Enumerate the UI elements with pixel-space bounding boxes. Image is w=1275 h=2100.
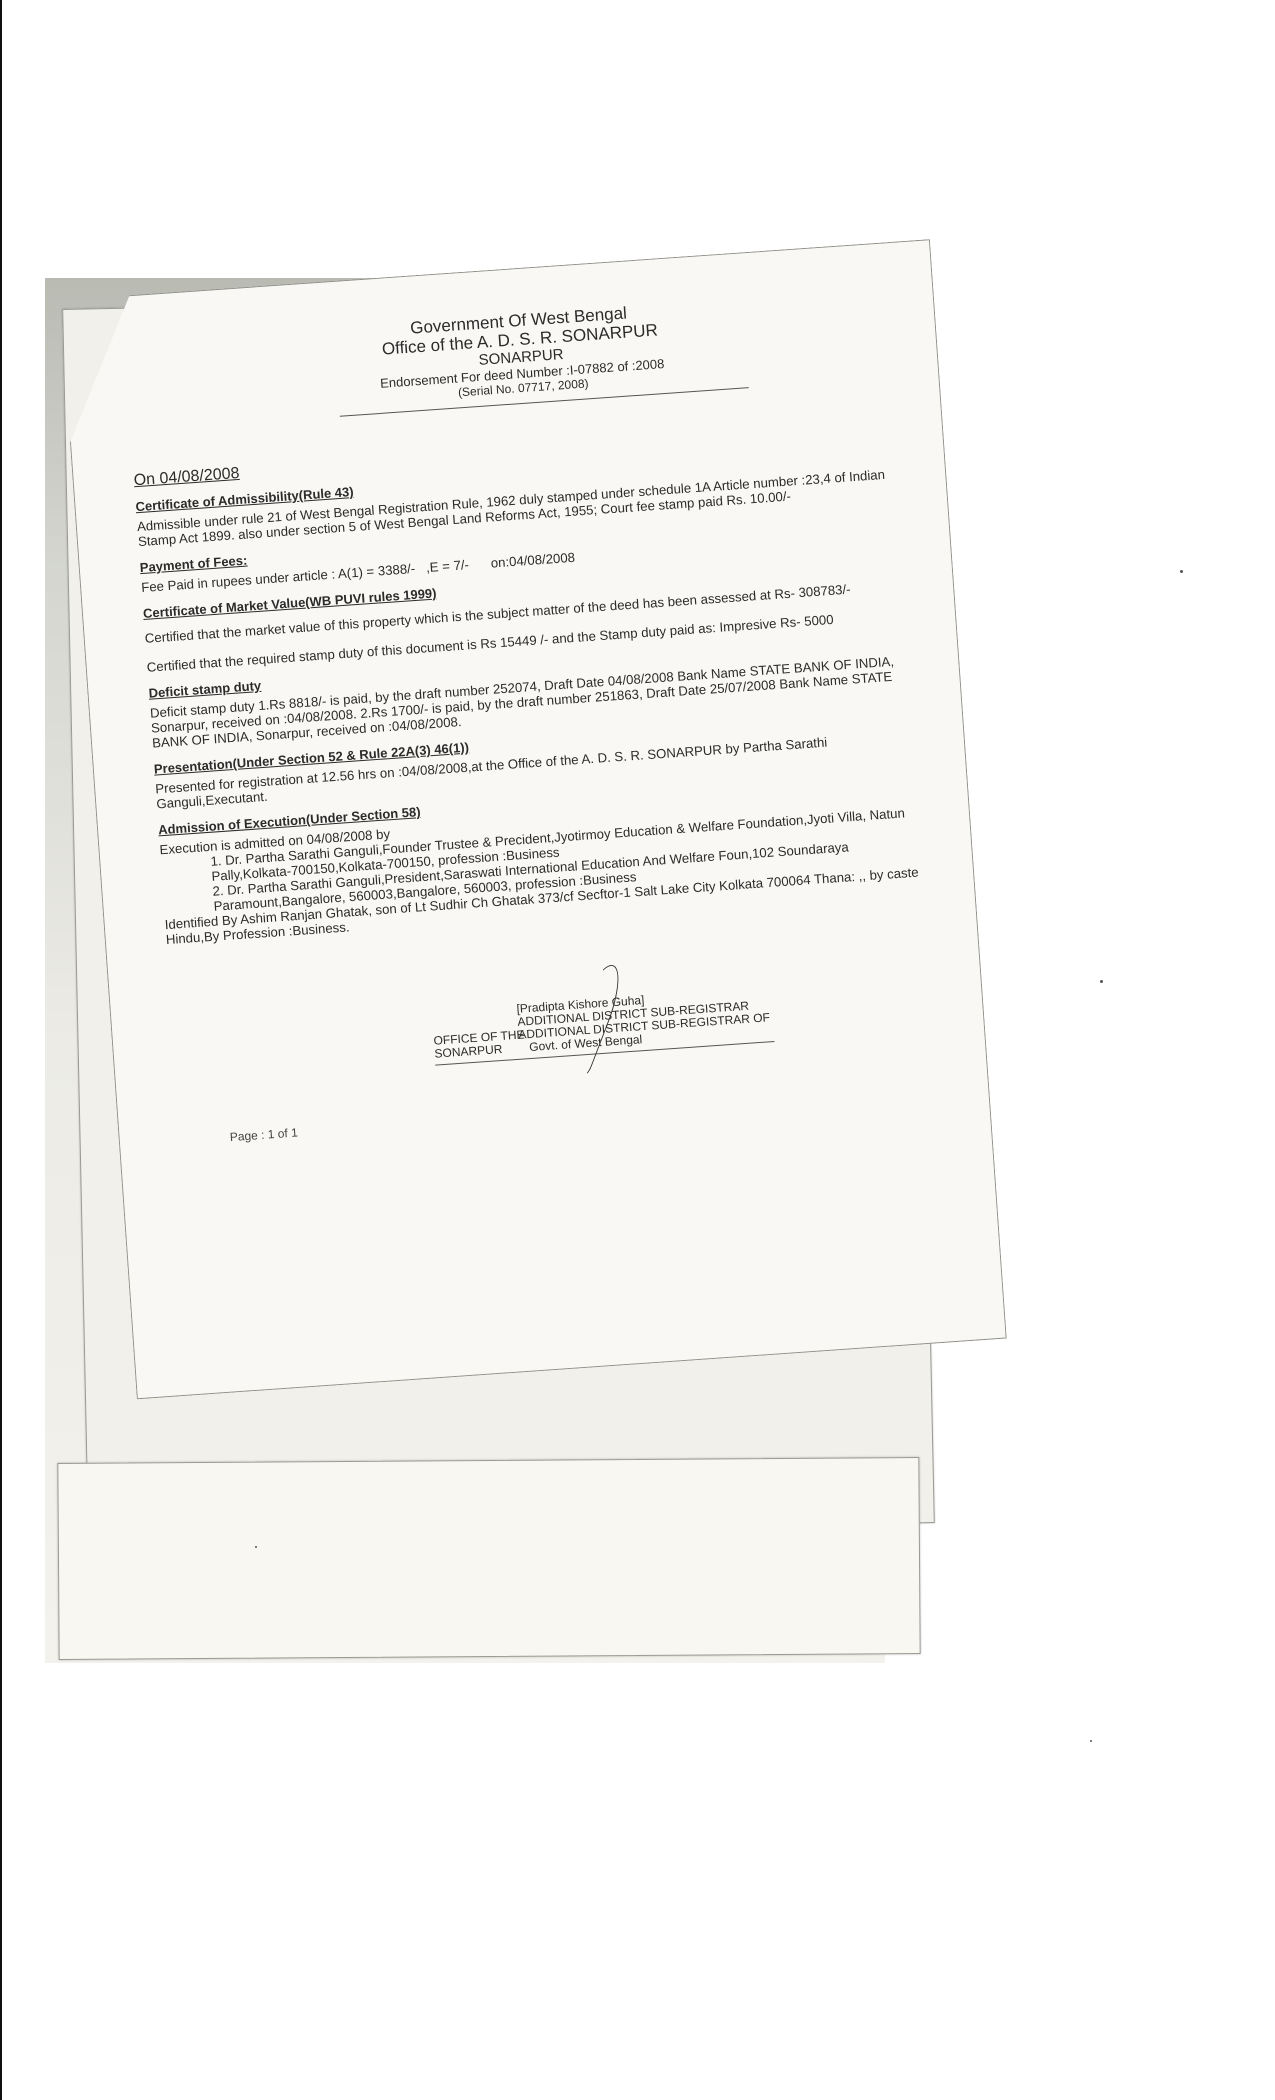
page-border-line bbox=[0, 0, 2, 2100]
scan-speck bbox=[1090, 1740, 1092, 1742]
endorsement-certificate-sheet: Government Of West Bengal Office of the … bbox=[60, 239, 1007, 1399]
signature-block: [Pradipta Kishore Guha] ADDITIONAL DISTR… bbox=[516, 973, 954, 1060]
scan-speck bbox=[1100, 980, 1103, 983]
bottom-sheet bbox=[57, 1457, 920, 1660]
scan-speck bbox=[1180, 570, 1183, 573]
document-body: Government Of West Bengal Office of the … bbox=[124, 284, 959, 1148]
scan-speck bbox=[255, 1546, 257, 1548]
page-number: Page : 1 of 1 bbox=[229, 1079, 958, 1145]
signatory-office: OFFICE OF THE SONARPUR bbox=[433, 1028, 526, 1060]
